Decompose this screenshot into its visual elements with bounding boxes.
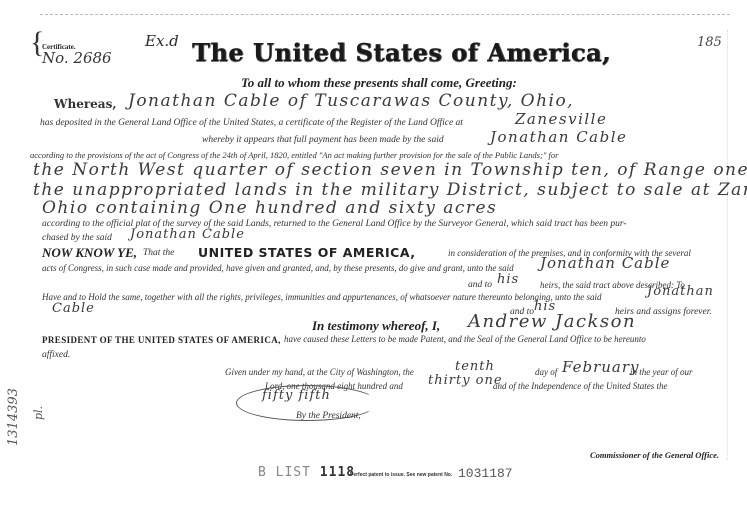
given-line-1-end: in the year of our <box>630 367 693 377</box>
grantee-name-3: Jonathan Cable <box>540 254 670 272</box>
grantee-name-4a: Jonathan <box>647 284 714 299</box>
patent-note: Perfect patent to issue. See new patent … <box>350 472 452 478</box>
deposit-line: has deposited in the General Land Office… <box>40 118 463 128</box>
examined-mark: Ex.d <box>145 32 179 50</box>
month-handwritten: February <box>562 358 640 376</box>
purchased-line: chased by the said <box>42 233 112 243</box>
have-and-hold-line: Have and to Hold the same, together with… <box>42 292 602 302</box>
list-stamp-label: B LIST <box>258 465 311 480</box>
right-border-line <box>727 30 728 460</box>
affixed-text: affixed. <box>42 350 70 360</box>
by-the-president: By the President, <box>296 411 361 421</box>
grantee-name-1: Jonathan Cable <box>490 128 627 146</box>
page-number: 185 <box>697 35 722 50</box>
land-description-1: the North West quarter of section seven … <box>33 160 747 180</box>
commissioner-title: Commissioner of the General Office. <box>590 450 719 460</box>
land-description-2: the unappropriated lands in the military… <box>33 180 747 200</box>
given-line-1: Given under my hand, at the City of Wash… <box>225 367 414 377</box>
margin-number: 1314393 <box>6 388 21 446</box>
day-handwritten: tenth <box>455 359 495 374</box>
and-to-1: and to <box>468 280 492 290</box>
list-stamp: B LIST 1118 <box>258 465 355 480</box>
land-description-3: Ohio containing One hundred and sixty ac… <box>42 198 497 218</box>
independence-line: and of the Independence of the United St… <box>493 381 667 391</box>
day-of: day of <box>535 367 557 377</box>
land-office-name: Zanesville <box>515 110 607 128</box>
acts-of-congress-line: acts of Congress, in such case made and … <box>42 263 514 273</box>
act-of-congress-line: according to the provisions of the act o… <box>30 150 558 160</box>
united-states-caps: UNITED STATES OF AMERICA, <box>198 245 416 260</box>
margin-initials: pl. <box>32 406 45 420</box>
payment-line: whereby it appears that full payment has… <box>202 135 444 145</box>
document-title: The United States of America, <box>192 38 611 67</box>
grantee-name-2: Jonathan Cable <box>130 227 245 242</box>
year-handwritten: thirty one <box>428 373 503 388</box>
greeting-line: To all to whom these presents shall come… <box>241 75 517 91</box>
letters-patent-line: have caused these Letters to be made Pat… <box>284 334 646 344</box>
president-signature: Andrew Jackson <box>468 311 636 332</box>
that-the: That the <box>143 248 174 258</box>
new-patent-number: 1031187 <box>458 466 513 481</box>
top-border-line <box>40 14 730 15</box>
grantee-name-4b: Cable <box>52 301 95 316</box>
now-know-ye: NOW KNOW YE, <box>42 245 137 261</box>
president-title: PRESIDENT OF THE UNITED STATES OF AMERIC… <box>42 335 281 345</box>
grantee-intro: Jonathan Cable of Tuscarawas County, Ohi… <box>128 91 574 111</box>
in-testimony: In testimony whereof, I, <box>312 318 440 334</box>
his-1: his <box>497 272 519 287</box>
whereas-label: Whereas, <box>54 97 117 111</box>
independence-year-handwritten: fifty fifth <box>262 388 331 403</box>
certificate-number: No. 2686 <box>42 49 112 67</box>
